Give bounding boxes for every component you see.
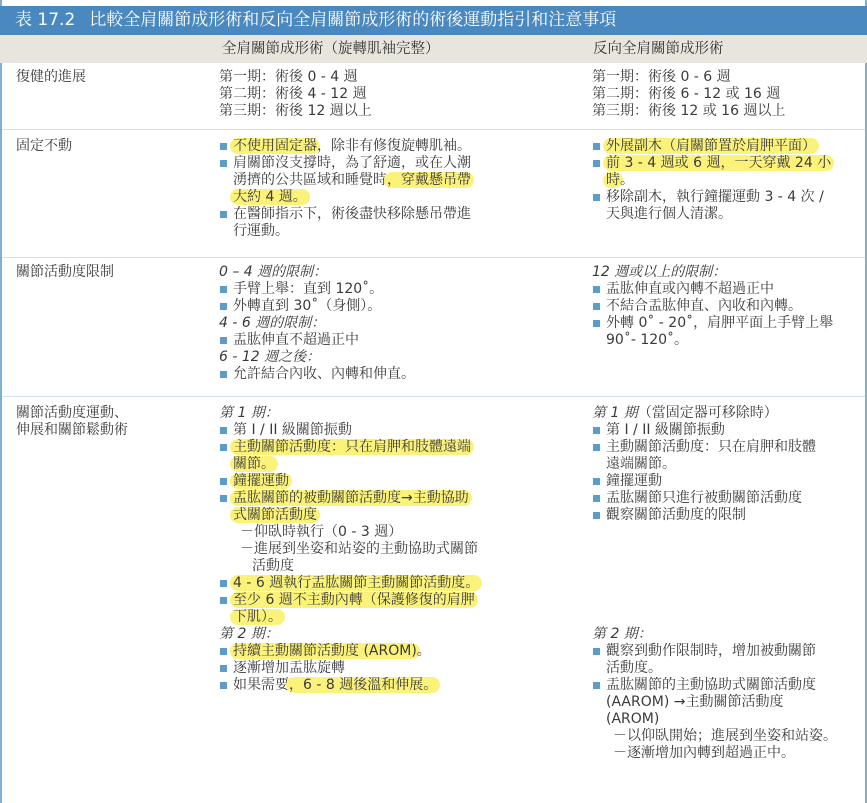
square-bullet-icon [593, 444, 600, 451]
bullet-item: 鐘擺運動 [219, 473, 579, 490]
bullet-item: 外展副木（肩關節置於肩胛平面） [592, 138, 862, 155]
square-bullet-icon [220, 303, 227, 310]
column-header-tsa: 全肩關節成形術（旋轉肌袖完整） [222, 35, 440, 63]
table-number: 表 17.2 [15, 10, 75, 30]
bullet-item: 第 I / II 級關節振動 [592, 422, 862, 439]
square-bullet-icon [593, 320, 600, 327]
square-bullet-icon [593, 143, 600, 150]
bullet-item: 不使用固定器，除非有修復旋轉肌袖。 [219, 138, 579, 155]
bullet-item: 如果需要，6 - 8 週後溫和伸展。 [219, 677, 579, 694]
square-bullet-icon [593, 427, 600, 434]
cell-tsa: 第 1 期： 第 I / II 級關節振動 主動關節活動度：只在肩胛和肢體遠端 … [219, 405, 579, 694]
dash-item: －仰臥時執行（0 - 3 週） [219, 524, 579, 541]
square-bullet-icon [593, 286, 600, 293]
bullet-item: 允許結合內收、內轉和伸直。 [219, 366, 579, 383]
square-bullet-icon [220, 682, 227, 689]
phase-heading: 第 2 期： [592, 626, 862, 643]
row-label: 關節活動度限制 [16, 264, 114, 281]
square-bullet-icon [593, 495, 600, 502]
table-title-bar: 表 17.2比較全肩關節成形術和反向全肩關節成形術的術後運動指引和注意事項 [0, 6, 867, 35]
phase-line: 第二期：術後 6 - 12 或 16 週 [592, 86, 862, 103]
phase-line: 第三期：術後 12 或 16 週以上 [592, 103, 862, 120]
bullet-item: 鐘擺運動 [592, 473, 862, 490]
subheading: 0 – 4 週的限制： [219, 264, 579, 281]
phase-heading: 第 1 期： [219, 405, 579, 422]
dash-item: －進展到坐姿和站姿的主動協助式關節 [219, 541, 579, 558]
bullet-item: 持續主動關節活動度 (AROM)。 [219, 643, 579, 660]
cell-rtsa: 12 週或以上的限制： 盂肱伸直或內轉不超過正中 不結合盂肱伸直、內收和內轉。 … [592, 264, 862, 349]
bullet-item: 前 3 - 4 週或 6 週，一天穿戴 24 小 [592, 155, 862, 172]
square-bullet-icon [220, 478, 227, 485]
bullet-item: 外轉 0˚ - 20˚，肩胛平面上手臂上舉 [592, 315, 862, 332]
phase-line: 第一期：術後 0 - 6 週 [592, 69, 862, 86]
square-bullet-icon [220, 211, 227, 218]
square-bullet-icon [220, 427, 227, 434]
bullet-item: 盂肱伸直或內轉不超過正中 [592, 281, 862, 298]
dash-item: －逐漸增加內轉到超過正中。 [592, 745, 862, 762]
square-bullet-icon [593, 648, 600, 655]
square-bullet-icon [220, 580, 227, 587]
bullet-item: 逐漸增加盂肱旋轉 [219, 660, 579, 677]
dash-item: －以仰臥開始；進展到坐姿和站姿。 [592, 728, 862, 745]
cell-tsa: 第一期：術後 0 - 4 週 第二期：術後 4 - 12 週 第三期：術後 12… [219, 69, 579, 120]
square-bullet-icon [593, 682, 600, 689]
cell-tsa: 不使用固定器，除非有修復旋轉肌袖。 肩關節沒支撐時，為了舒適，或在人潮 湧擠的公… [219, 138, 579, 240]
bullet-item: 不結合盂肱伸直、內收和內轉。 [592, 298, 862, 315]
bullet-item: 盂肱關節只進行被動關節活動度 [592, 490, 862, 507]
square-bullet-icon [220, 337, 227, 344]
square-bullet-icon [220, 143, 227, 150]
bullet-item: 第 I / II 級關節振動 [219, 422, 579, 439]
square-bullet-icon [220, 495, 227, 502]
subheading: 12 週或以上的限制： [592, 264, 862, 281]
phase-line: 第二期：術後 4 - 12 週 [219, 86, 579, 103]
square-bullet-icon [220, 444, 227, 451]
cell-rtsa: 外展副木（肩關節置於肩胛平面） 前 3 - 4 週或 6 週，一天穿戴 24 小… [592, 138, 862, 223]
cell-tsa: 0 – 4 週的限制： 手臂上舉：直到 120˚。 外轉直到 30˚（身側）。 … [219, 264, 579, 383]
square-bullet-icon [593, 160, 600, 167]
bullet-item: 手臂上舉：直到 120˚。 [219, 281, 579, 298]
subheading: 6 - 12 週之後： [219, 349, 579, 366]
phase-heading: 第 1 期（當固定器可移除時） [592, 405, 862, 422]
square-bullet-icon [593, 194, 600, 201]
bullet-item: 主動關節活動度：只在肩胛和肢體 [592, 439, 862, 456]
bullet-item: 盂肱關節的主動協助式關節活動度 [592, 677, 862, 694]
square-bullet-icon [593, 478, 600, 485]
square-bullet-icon [220, 665, 227, 672]
bullet-item: 在醫師指示下，術後盡快移除懸吊帶進 [219, 206, 579, 223]
table-header-row: 全肩關節成形術（旋轉肌袖完整） 反向全肩關節成形術 [0, 35, 867, 63]
phase-line: 第三期：術後 12 週以上 [219, 103, 579, 120]
square-bullet-icon [593, 303, 600, 310]
table-row-immobilization: 固定不動 不使用固定器，除非有修復旋轉肌袖。 肩關節沒支撐時，為了舒適，或在人潮… [2, 138, 865, 258]
bullet-item: 外轉直到 30˚（身側）。 [219, 298, 579, 315]
cell-rtsa: 第 1 期（當固定器可移除時） 第 I / II 級關節振動 主動關節活動度：只… [592, 405, 862, 762]
cell-rtsa: 第一期：術後 0 - 6 週 第二期：術後 6 - 12 或 16 週 第三期：… [592, 69, 862, 120]
row-label: 關節活動度運動、 伸展和關節鬆動術 [16, 405, 128, 439]
table-row-rom-restrictions: 關節活動度限制 0 – 4 週的限制： 手臂上舉：直到 120˚。 外轉直到 3… [2, 264, 865, 397]
phase-line: 第一期：術後 0 - 4 週 [219, 69, 579, 86]
row-label: 復健的進展 [16, 69, 86, 86]
square-bullet-icon [220, 286, 227, 293]
bullet-item: 肩關節沒支撐時，為了舒適，或在人潮 [219, 155, 579, 172]
square-bullet-icon [593, 512, 600, 519]
bullet-item: 盂肱伸直不超過正中 [219, 332, 579, 349]
row-label: 固定不動 [16, 138, 72, 155]
bullet-item: 4 - 6 週執行盂肱關節主動關節活動度。 [219, 575, 579, 592]
square-bullet-icon [220, 371, 227, 378]
phase-heading: 第 2 期： [219, 626, 579, 643]
bullet-item: 觀察關節活動度的限制 [592, 507, 862, 524]
square-bullet-icon [220, 160, 227, 167]
bullet-item: 觀察到動作限制時，增加被動關節 [592, 643, 862, 660]
subheading: 4 - 6 週的限制： [219, 315, 579, 332]
table-row-progression: 復健的進展 第一期：術後 0 - 4 週 第二期：術後 4 - 12 週 第三期… [2, 69, 865, 130]
bullet-item: 主動關節活動度：只在肩胛和肢體遠端 [219, 439, 579, 456]
bullet-item: 至少 6 週不主動內轉（保護修復的肩胛 [219, 592, 579, 609]
table-title: 比較全肩關節成形術和反向全肩關節成形術的術後運動指引和注意事項 [89, 10, 616, 30]
table-row-rom-exercise: 關節活動度運動、 伸展和關節鬆動術 第 1 期： 第 I / II 級關節振動 … [2, 405, 865, 803]
square-bullet-icon [220, 597, 227, 604]
square-bullet-icon [220, 648, 227, 655]
bullet-item: 盂肱關節的被動關節活動度→主動協助 [219, 490, 579, 507]
bullet-item: 移除副木，執行鐘擺運動 3 - 4 次 / [592, 189, 862, 206]
column-header-rtsa: 反向全肩關節成形術 [593, 35, 724, 63]
